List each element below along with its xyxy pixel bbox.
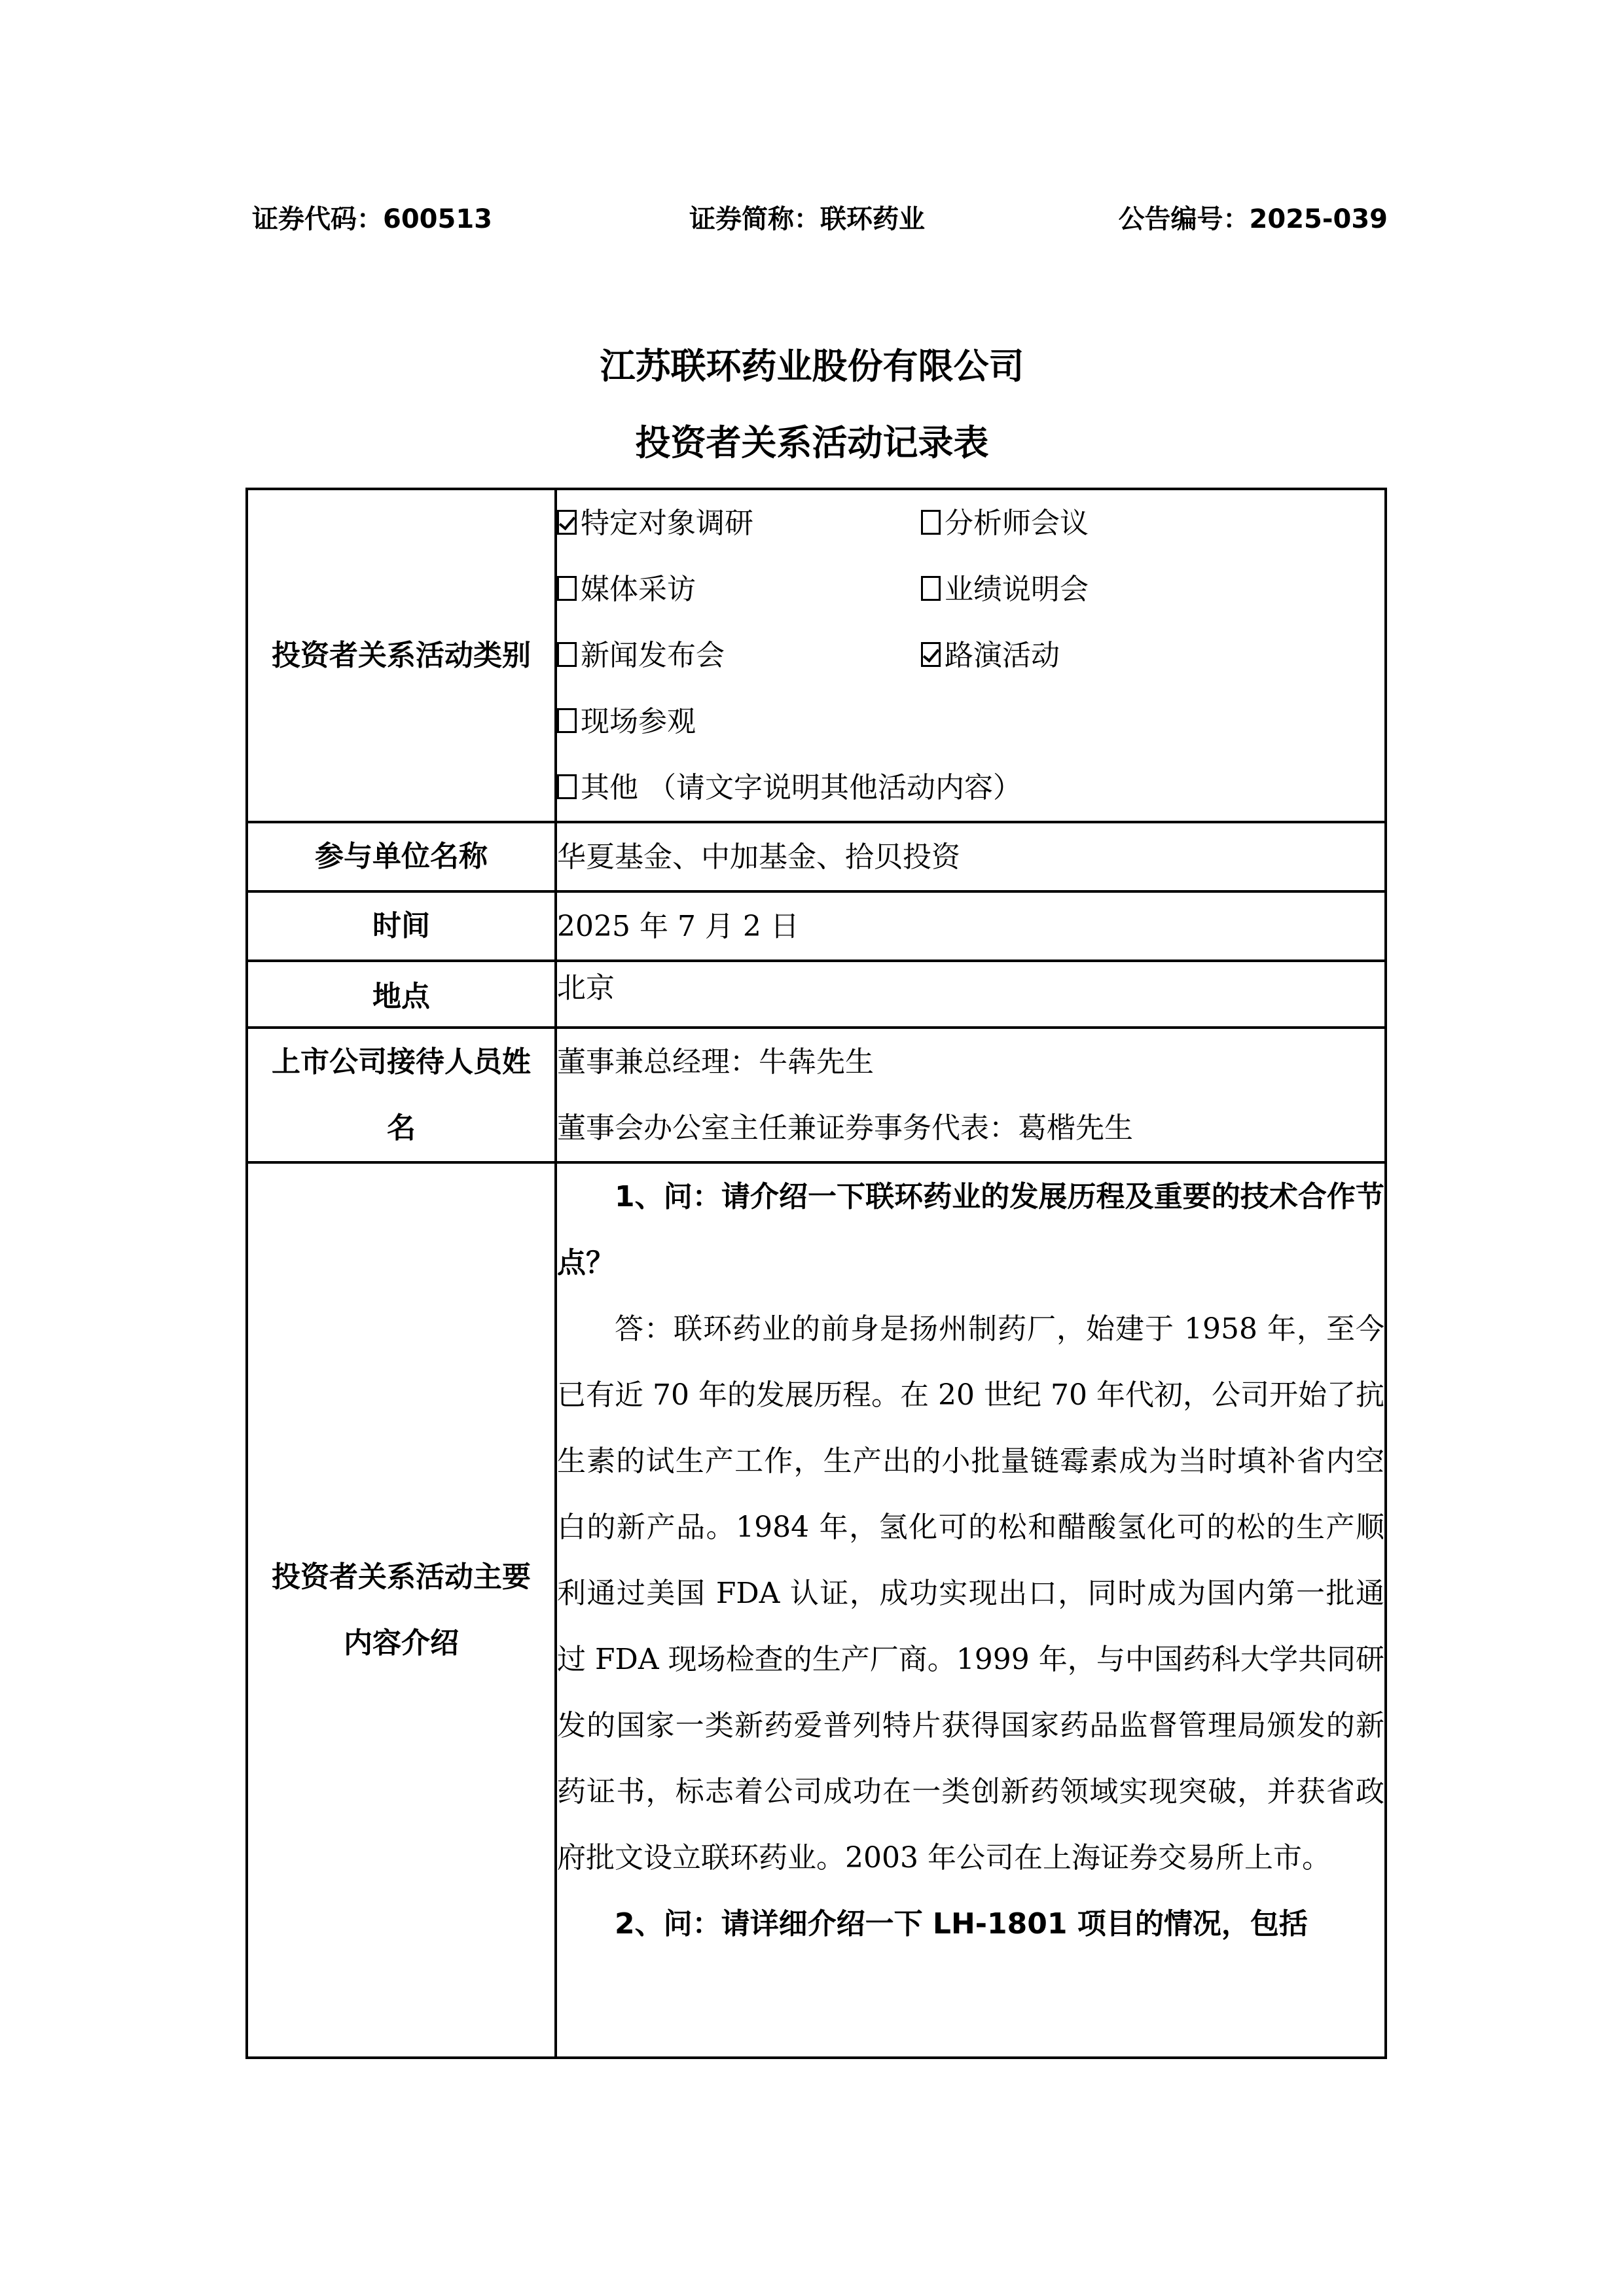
row-activity-type: 投资者关系活动类别 特定对象调研 分析师会议 媒体采访 [247,489,1386,822]
checkbox-unchecked-icon[interactable] [557,708,577,733]
checkbox-unchecked-icon[interactable] [921,510,941,535]
security-code: 证券代码：600513 [252,200,492,239]
option-earnings-briefing[interactable]: 业绩说明会 [921,556,1089,622]
activity-type-options: 特定对象调研 分析师会议 媒体采访 业绩说明会 [556,489,1386,822]
row-location: 地点 北京 [247,961,1386,1028]
reception-person-1: 董事兼总经理：牛犇先生 [557,1029,1384,1095]
row-participants: 参与单位名称 华夏基金、中加基金、拾贝投资 [247,822,1386,891]
answer-1: 答：联环药业的前身是扬州制药厂，始建于 1958 年，至今已有近 70 年的发展… [557,1296,1384,1891]
checkbox-unchecked-icon[interactable] [921,576,941,601]
question-2: 2、问：请详细介绍一下 LH-1801 项目的情况，包括 [557,1891,1384,1957]
location-label: 地点 [247,961,556,1028]
security-abbreviation: 证券简称：联环药业 [689,200,925,239]
form-title: 投资者关系活动记录表 [0,417,1624,469]
question-1: 1、问：请介绍一下联环药业的发展历程及重要的技术合作节点？ [557,1164,1384,1296]
participants-value: 华夏基金、中加基金、拾贝投资 [556,822,1386,891]
document-header: 证券代码：600513 证券简称：联环药业 公告编号：2025-039 [252,200,1388,239]
option-press-conference[interactable]: 新闻发布会 [557,622,921,689]
row-time: 时间 2025 年 7 月 2 日 [247,891,1386,961]
option-site-visit[interactable]: 现场参观 [557,689,921,755]
checkbox-unchecked-icon[interactable] [557,576,577,601]
reception-values: 董事兼总经理：牛犇先生 董事会办公室主任兼证券事务代表：葛楷先生 [556,1028,1386,1162]
time-value: 2025 年 7 月 2 日 [556,891,1386,961]
checkbox-checked-icon[interactable] [921,642,941,667]
company-title: 江苏联环药业股份有限公司 [0,340,1624,393]
reception-person-2: 董事会办公室主任兼证券事务代表：葛楷先生 [557,1095,1384,1161]
row-reception: 上市公司接待人员姓名 董事兼总经理：牛犇先生 董事会办公室主任兼证券事务代表：葛… [247,1028,1386,1162]
location-value: 北京 [556,961,1386,1028]
participants-label: 参与单位名称 [247,822,556,891]
checkbox-checked-icon[interactable] [557,510,577,535]
time-label: 时间 [247,891,556,961]
option-other[interactable]: 其他 （请文字说明其他活动内容） [557,755,1022,821]
reception-label: 上市公司接待人员姓名 [247,1028,556,1162]
announcement-number: 公告编号：2025-039 [1119,200,1388,239]
content-qa: 1、问：请介绍一下联环药业的发展历程及重要的技术合作节点？ 答：联环药业的前身是… [556,1162,1386,2058]
activity-type-label: 投资者关系活动类别 [247,489,556,822]
option-media-interview[interactable]: 媒体采访 [557,556,921,622]
content-label: 投资者关系活动主要内容介绍 [247,1162,556,2058]
row-content: 投资者关系活动主要内容介绍 1、问：请介绍一下联环药业的发展历程及重要的技术合作… [247,1162,1386,2058]
option-specific-research[interactable]: 特定对象调研 [557,490,921,556]
option-roadshow[interactable]: 路演活动 [921,622,1060,689]
checkbox-unchecked-icon[interactable] [557,774,577,799]
investor-relations-record-table: 投资者关系活动类别 特定对象调研 分析师会议 媒体采访 [245,488,1387,2059]
option-analyst-meeting[interactable]: 分析师会议 [921,490,1089,556]
checkbox-unchecked-icon[interactable] [557,642,577,667]
